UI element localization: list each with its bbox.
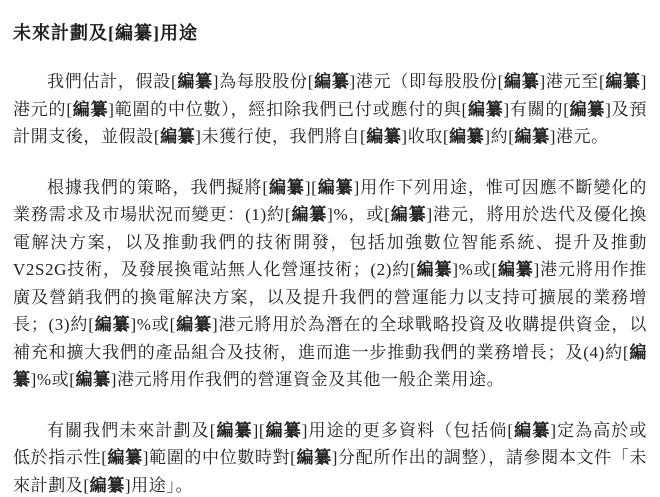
redaction-marker: 編纂: [515, 127, 550, 146]
redaction-marker: 編纂: [177, 72, 213, 91]
redaction-marker: 編纂: [416, 260, 452, 279]
redaction-marker: 編纂: [605, 72, 641, 91]
paragraph-cross-reference: 有關我們未來計劃及[編纂][編纂]用途的更多資料（包括倘[編纂]定為高於或低於指…: [13, 417, 647, 497]
redaction-marker: 編纂: [76, 370, 111, 389]
document-page: 未來計劃及[編纂]用途 我們估計，假設[編纂]為每股股份[編纂]港元（即每股股份…: [0, 0, 660, 497]
redaction-marker: 編纂: [90, 476, 125, 495]
redaction-marker: 編纂: [269, 178, 305, 197]
redaction-marker: 編纂: [498, 260, 534, 279]
redaction-marker: 編纂: [107, 448, 142, 467]
redaction-marker: 編纂: [390, 205, 426, 224]
paragraph-use-of-proceeds-breakdown: 根據我們的策略，我們擬將[編纂][編纂]用作下列用途，惟可因應不斷變化的業務需求…: [13, 174, 647, 394]
section-title: 未來計劃及[編纂]用途: [13, 0, 647, 45]
paragraph-estimated-proceeds: 我們估計，假設[編纂]為每股股份[編纂]港元（即每股股份[編纂]港元至[編纂]港…: [13, 68, 647, 151]
redaction-marker: 編纂: [504, 72, 540, 91]
redaction-marker: 編纂: [176, 315, 212, 334]
redaction-marker: 編纂: [160, 127, 195, 146]
redaction-marker: 編纂: [570, 100, 606, 119]
redaction-marker: 編纂: [317, 178, 353, 197]
redaction-marker: 編纂: [366, 127, 401, 146]
redaction-marker: 編纂: [291, 205, 327, 224]
redaction-marker: 編纂: [73, 100, 109, 119]
redaction-marker: 編纂: [265, 421, 302, 440]
redaction-marker: 編纂: [314, 72, 350, 91]
redaction-marker: 編纂: [296, 448, 331, 467]
redaction-marker: 編纂: [95, 315, 131, 334]
redaction-marker: 編纂: [216, 421, 253, 440]
redaction-marker: 編纂: [468, 100, 504, 119]
redaction-marker: 編纂: [449, 127, 484, 146]
redaction-marker: 編纂: [514, 421, 551, 440]
